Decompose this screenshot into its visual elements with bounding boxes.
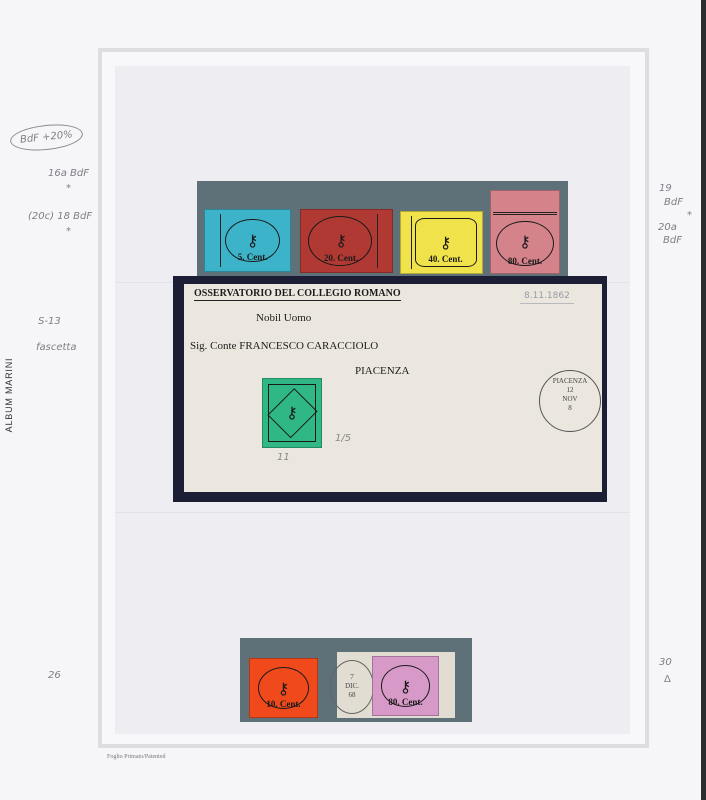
cover-postmark: PIACENZA 12 NOV 8 bbox=[539, 370, 601, 432]
note-30-mark: Δ bbox=[664, 674, 671, 685]
stamp-5-cent[interactable]: ⚷ 5. Cent. bbox=[204, 209, 291, 272]
papal-keys-icon: ⚷ bbox=[409, 233, 482, 253]
note-s13: S-13 bbox=[38, 316, 61, 327]
stamp-value: 40. Cent. bbox=[409, 254, 482, 264]
postmark-day: 7 bbox=[331, 673, 373, 682]
stamp-value: 10. Cent. bbox=[250, 699, 317, 709]
papal-keys-icon: ⚷ bbox=[373, 677, 438, 697]
note-fascetta: fascetta bbox=[36, 342, 76, 353]
piece-postmark: 7 DIC. 68 bbox=[330, 660, 374, 714]
note-20a: 20a bbox=[658, 222, 677, 233]
note-19-mark: * bbox=[687, 210, 692, 221]
postmark-day: 12 bbox=[540, 386, 600, 395]
papal-keys-icon: ⚷ bbox=[215, 231, 290, 251]
note-19: 19 bbox=[659, 183, 672, 194]
stamp-80-cent-used[interactable]: ⚷ 80. Cent. bbox=[372, 656, 439, 716]
note-16a: 16a BdF bbox=[48, 168, 89, 179]
stamp-cover-green[interactable]: ⚷ bbox=[262, 378, 322, 448]
postmark-year: 68 bbox=[331, 691, 373, 700]
pencil-note-2: 11 bbox=[277, 452, 290, 463]
page-number: 26 bbox=[48, 670, 61, 681]
stamp-value: 20. Cent. bbox=[301, 253, 381, 263]
scan-edge bbox=[701, 0, 706, 800]
margin-line bbox=[493, 214, 557, 215]
stamp-40-cent[interactable]: ⚷ 40. Cent. bbox=[400, 211, 483, 274]
cover-address-line3: PIACENZA bbox=[355, 365, 409, 377]
papal-keys-icon: ⚷ bbox=[301, 231, 381, 251]
note-19-sub: BdF bbox=[664, 197, 683, 208]
stamp-20-cent[interactable]: ⚷ 20. Cent. bbox=[300, 209, 393, 273]
stamp-value: 80. Cent. bbox=[491, 256, 559, 266]
note-18: (20c) 18 BdF bbox=[28, 211, 92, 222]
note-20a-sub: BdF bbox=[663, 235, 682, 246]
note-circled-bdf: BdF +20% bbox=[9, 121, 84, 153]
postmark-town: PIACENZA bbox=[540, 377, 600, 386]
papal-keys-icon: ⚷ bbox=[263, 403, 321, 423]
note-18-mark: * bbox=[66, 226, 71, 237]
note-16a-mark: * bbox=[66, 183, 71, 194]
postmark-hour: 8 bbox=[540, 404, 600, 413]
row-divider bbox=[115, 512, 630, 513]
note-30: 30 bbox=[659, 657, 672, 668]
margin-line bbox=[493, 212, 557, 213]
footer-label: Foglio Primato/Patented bbox=[107, 754, 166, 760]
stamp-value: 5. Cent. bbox=[215, 252, 290, 262]
cover-address-line2: Sig. Conte FRANCESCO CARACCIOLO bbox=[190, 340, 378, 352]
spine-label: ALBUM MARINI bbox=[4, 350, 14, 440]
cover-address-line1: Nobil Uomo bbox=[256, 312, 311, 324]
stamp-10-cent[interactable]: ⚷ 10. Cent. bbox=[249, 658, 318, 718]
postmark-month: NOV bbox=[540, 395, 600, 404]
papal-keys-icon: ⚷ bbox=[491, 232, 559, 252]
cover-date-note: 8.11.1862 bbox=[520, 291, 574, 304]
pencil-note: 1/5 bbox=[335, 433, 351, 444]
postmark-month: DIC. bbox=[331, 682, 373, 691]
papal-keys-icon: ⚷ bbox=[250, 679, 317, 699]
stamp-80-cent[interactable]: ⚷ 80. Cent. bbox=[490, 190, 560, 274]
cover-sender-header: OSSERVATORIO DEL COLLEGIO ROMANO bbox=[194, 288, 401, 301]
stamp-value: 80. Cent. bbox=[373, 697, 438, 707]
